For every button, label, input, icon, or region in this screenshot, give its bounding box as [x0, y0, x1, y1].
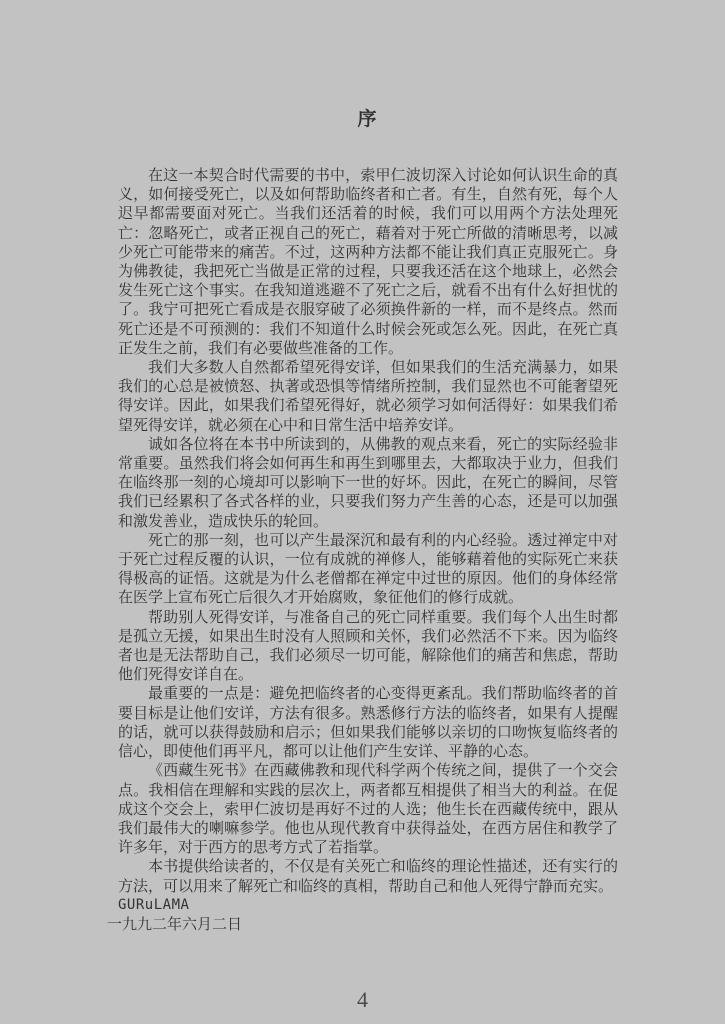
paragraph: 我们大多数人自然都希望死得安详，但如果我们的生活充满暴力，如果我们的心总是被愤怒…: [118, 358, 618, 435]
paragraph: 死亡的那一刻，也可以产生最深沉和最有利的内心经验。透过禅定中对于死亡过程反覆的认…: [118, 531, 618, 608]
body-text: 在这一本契合时代需要的书中，索甲仁波切深入讨论如何认识生命的真义，如何接受死亡，…: [118, 166, 618, 896]
book-page: 序 在这一本契合时代需要的书中，索甲仁波切深入讨论如何认识生命的真义，如何接受死…: [0, 0, 725, 1024]
paragraph: 在这一本契合时代需要的书中，索甲仁波切深入讨论如何认识生命的真义，如何接受死亡，…: [118, 166, 618, 358]
paragraph: 帮助别人死得安详，与准备自己的死亡同样重要。我们每个人出生时都是孤立无援，如果出…: [118, 608, 618, 685]
paragraph: 本书提供给读者的，不仅是有关死亡和临终的理论性描述，还有实行的方法，可以用来了解…: [118, 857, 618, 895]
page-number: 4: [0, 987, 725, 1013]
page-title: 序: [118, 0, 618, 130]
paragraph: 《西藏生死书》在西藏佛教和现代科学两个传统之间，提供了一个交会点。我相信在理解和…: [118, 761, 618, 857]
paragraph: 诚如各位将在本书中所读到的，从佛教的观点来看，死亡的实际经验非常重要。虽然我们将…: [118, 435, 618, 531]
paragraph: 最重要的一点是：避免把临终者的心变得更紊乱。我们帮助临终者的首要目标是让他们安详…: [118, 684, 618, 761]
signature: GURuLAMA: [118, 896, 725, 915]
date-line: 一九九二年六月二日: [107, 915, 725, 934]
